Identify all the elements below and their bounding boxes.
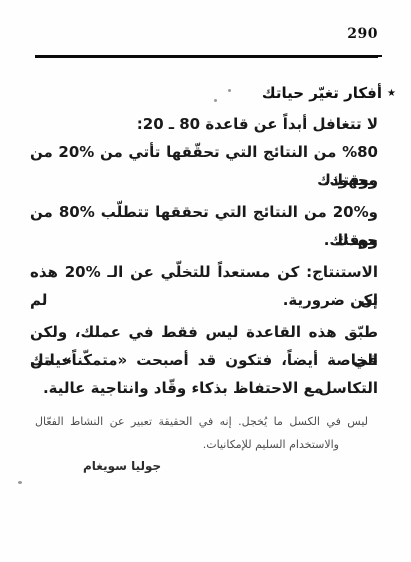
quote-line: ليس في الكسل ما يُخجل. إنه في الحقيقة تع… — [35, 410, 368, 433]
scan-speck — [18, 481, 22, 484]
section-title: أفكار تغيّر حياتك — [262, 84, 382, 102]
body-line: %80 من النتائج التي تحقّقها تأتي من %20 … — [30, 138, 378, 166]
body-line: و%20 من النتائج التي تحققها تتطلّب %80 م… — [30, 198, 378, 226]
quote-attribution: جوليا سويغام — [83, 459, 161, 473]
star-icon: ★ — [387, 88, 396, 99]
scan-speck — [228, 89, 231, 92]
header-rule — [35, 55, 378, 58]
body-line: الخاصة أيضاً، فتكون قد أصبحت «متمكّناً» … — [30, 346, 378, 374]
body-line: ووقتك. — [30, 166, 378, 194]
quote-block: ليس في الكسل ما يُخجل. إنه في الحقيقة تع… — [35, 410, 368, 456]
book-page: 290 ★أفكار تغيّر حياتك لا تتغافل أبداً ع… — [0, 0, 411, 562]
scan-speck — [214, 99, 217, 102]
body-line: ووقتك. — [30, 226, 378, 254]
body-line: طبّق هذه القاعدة ليس فقط في عملك، ولكن ف… — [30, 318, 378, 346]
page-number: 290 — [347, 26, 378, 42]
body-line: الاستنتاج: كن مستعداً للتخلّي عن الـ %20… — [30, 258, 378, 286]
quote-line: والاستخدام السليم للإمكانيات. — [35, 433, 368, 456]
section-heading: ★أفكار تغيّر حياتك — [262, 84, 396, 102]
body-text: لا تتغافل أبداً عن قاعدة 80 ـ 20: %80 من… — [30, 110, 378, 402]
body-line: لا تتغافل أبداً عن قاعدة 80 ـ 20: — [30, 110, 378, 138]
